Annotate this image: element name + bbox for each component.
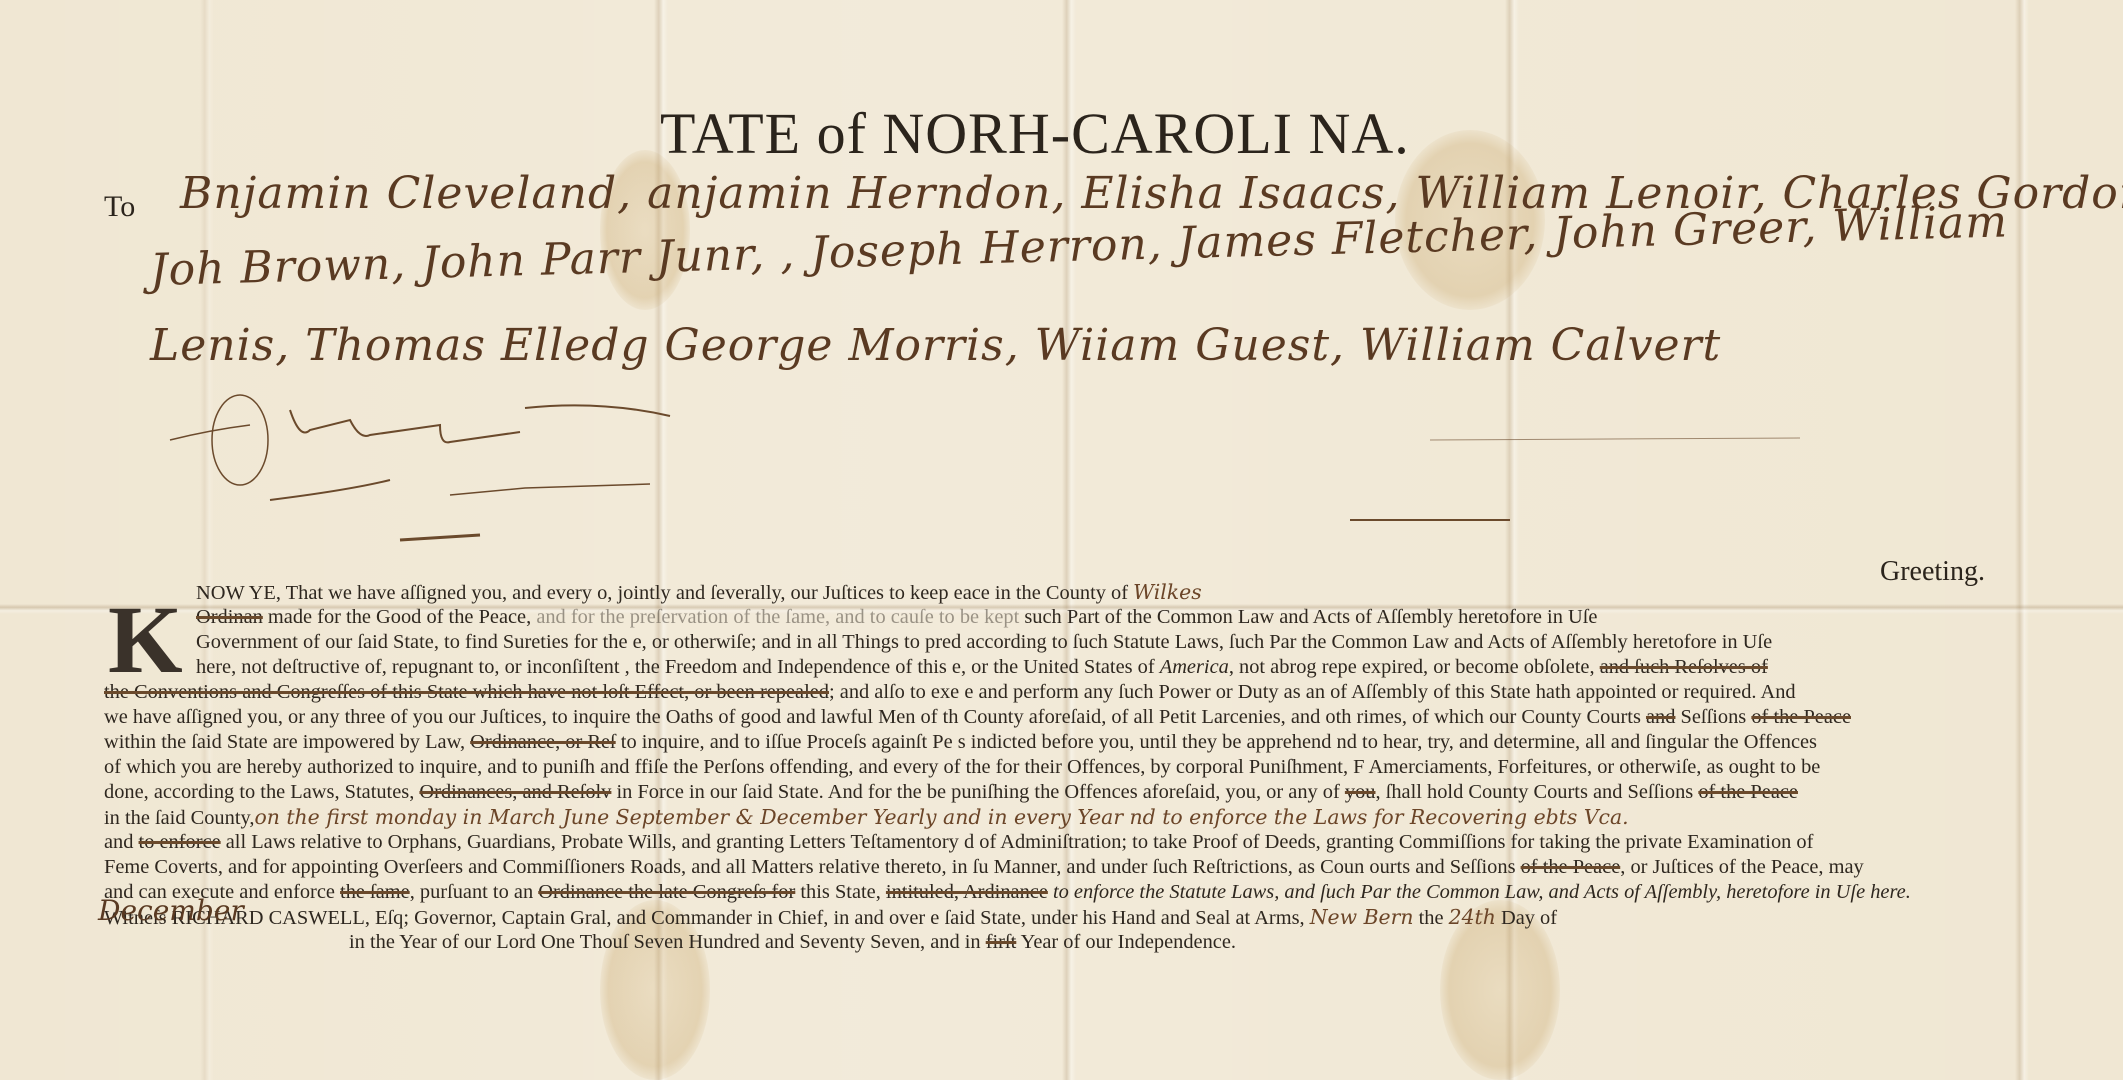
body-line: NOW YE, That we have aſſigned you, and e…: [104, 580, 2054, 605]
struck-text: intituled, Ardinance: [886, 881, 1048, 903]
body-line: Government of our ſaid State, to find Su…: [104, 630, 2054, 655]
printed-text: NOW YE, That we have aſſigned you, and e…: [196, 582, 1133, 604]
printed-text: this State,: [795, 881, 886, 903]
to-label: To: [104, 190, 135, 224]
handwritten-month: December: [98, 894, 244, 927]
struck-text: the Conventions and Congreſſes of this S…: [104, 681, 829, 703]
printed-text: , ſhall hold County Courts and Seſſions: [1375, 781, 1698, 803]
printed-text: and: [104, 831, 139, 853]
printed-text: in the Year of our Lord One Thouſ Seven …: [349, 931, 986, 953]
pen-flourish-icon: [150, 380, 1850, 580]
printed-text: , not abrog repe expired, or become obſo…: [1229, 656, 1600, 678]
printed-text: Seſſions: [1675, 706, 1751, 728]
body-line: Ordinan made for the Good of the Peace, …: [104, 605, 2054, 630]
printed-text: of which you are hereby authorized to in…: [104, 756, 1820, 778]
printed-text: in Force in our ſaid State. And for the …: [611, 781, 1345, 803]
printed-text: Year of our Independence.: [1016, 931, 1236, 953]
printed-text: America: [1160, 656, 1229, 678]
commission-body-text: NOW YE, That we have aſſigned you, and e…: [104, 580, 2054, 955]
struck-text: Ordinan: [196, 606, 263, 628]
body-line: within the ſaid State are impowered by L…: [104, 730, 2054, 755]
body-line: of which you are hereby authorized to in…: [104, 755, 2054, 780]
printed-text: to enforce the Statute Laws, and ſuch Pa…: [1048, 881, 1911, 903]
struck-text: of the Peace: [1751, 706, 1851, 728]
body-line: we have aſſigned you, or any three of yo…: [104, 705, 2054, 730]
appointee-names-line-3: Lenis, Thomas Elledg George Morris, Wiia…: [150, 320, 1721, 371]
struck-text: you: [1345, 781, 1376, 803]
body-line: and can execute and enforce the ſame, pu…: [104, 880, 2054, 905]
printed-text: ; and alſo to exe e and perform any ſuch…: [829, 681, 1796, 703]
printed-text: and for the preſervation of the ſame, an…: [536, 606, 1024, 628]
printed-text: Feme Coverts, and for appointing Overſee…: [104, 856, 1521, 878]
printed-text: , or Juſtices of the Peace, may: [1620, 856, 1863, 878]
struck-text: of the Peace: [1698, 781, 1798, 803]
struck-text: the ſame: [340, 881, 410, 903]
printed-text: here, not deſtructive of, repugnant to, …: [196, 656, 1160, 678]
printed-text: done, according to the Laws, Statutes,: [104, 781, 419, 803]
body-line: done, according to the Laws, Statutes, O…: [104, 780, 2054, 805]
struck-text: and ſuch Reſolves of: [1600, 656, 1768, 678]
document-title: TATE of NORH-CAROLI NA.: [660, 100, 1410, 167]
body-line: and to enforce all Laws relative to Orph…: [104, 830, 2054, 855]
body-line: in the Year of our Lord One Thouſ Seven …: [104, 930, 2054, 955]
struck-text: to enforce: [139, 831, 221, 853]
printed-text: Witneſs RICHARD CASWELL, Eſq; Governor, …: [104, 907, 1310, 929]
printed-text: within the ſaid State are impowered by L…: [104, 731, 470, 753]
printed-text: the: [1414, 907, 1449, 929]
handwritten-insert: 24th: [1449, 905, 1496, 929]
printed-text: all Laws relative to Orphans, Guardians,…: [221, 831, 1814, 853]
struck-text: Ordinance, or Reſ: [470, 731, 616, 753]
printed-text: in the ſaid County,: [104, 807, 254, 829]
handwritten-insert: Wilkes: [1133, 580, 1202, 604]
body-line: here, not deſtructive of, repugnant to, …: [104, 655, 2054, 680]
struck-text: firſt: [986, 931, 1017, 953]
struck-text: of the Peace: [1521, 856, 1621, 878]
printed-text: , purſuant to an: [410, 881, 539, 903]
body-line: Feme Coverts, and for appointing Overſee…: [104, 855, 2054, 880]
struck-text: Ordinance the late Congreſs for: [538, 881, 795, 903]
printed-text: to inquire, and to iſſue Proceſs againſt…: [616, 731, 1817, 753]
body-line: in the ſaid County,on the first monday i…: [104, 805, 2054, 830]
body-line: the Conventions and Congreſſes of this S…: [104, 680, 2054, 705]
printed-text: made for the Good of the Peace,: [263, 606, 536, 628]
body-line: Witneſs RICHARD CASWELL, Eſq; Governor, …: [104, 905, 2054, 930]
printed-text: such Part of the Common Law and Acts of …: [1024, 606, 1597, 628]
printed-text: Government of our ſaid State, to find Su…: [196, 631, 1772, 653]
printed-text: we have aſſigned you, or any three of yo…: [104, 706, 1646, 728]
handwritten-insert: on the first monday in March June Septem…: [254, 805, 1628, 829]
printed-text: Day of: [1496, 907, 1557, 929]
struck-text: Ordinances, and Reſolv: [419, 781, 611, 803]
struck-text: and: [1646, 706, 1675, 728]
handwritten-insert: New Bern: [1310, 905, 1414, 929]
